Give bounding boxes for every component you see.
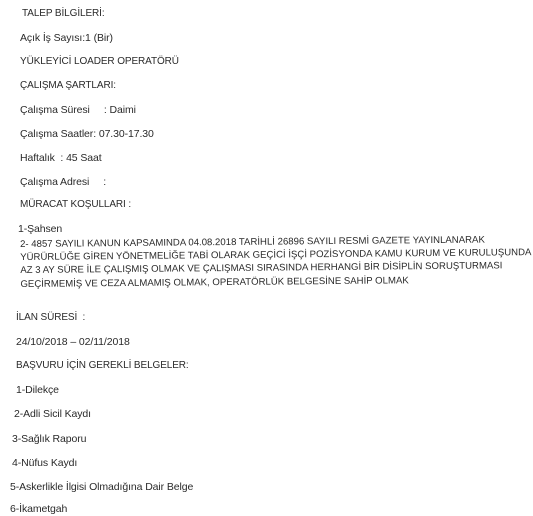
work-duration: Çalışma Süresi : Daimi [20, 104, 136, 116]
work-address: Çalışma Adresi : [20, 176, 106, 188]
document-item: 5-Askerlikle İlgisi Olmadığına Dair Belg… [10, 481, 193, 493]
document-item: 2-Adli Sicil Kaydı [14, 408, 91, 420]
document-item: 1-Dilekçe [16, 384, 59, 396]
document-item: 6-İkametgah [10, 503, 67, 515]
conditions-heading: ÇALIŞMA ŞARTLARI: [20, 80, 116, 91]
condition-1: 1-Şahsen [18, 223, 62, 235]
work-hours: Çalışma Saatler: 07.30-17.30 [20, 128, 154, 140]
document-item: 4-Nüfus Kaydı [12, 457, 77, 469]
open-positions: Açık İş Sayısı:1 (Bir) [20, 32, 113, 44]
announcement-dates: 24/10/2018 – 02/11/2018 [16, 336, 130, 348]
job-announcement-page: TALEP BİLGİLERİ: Açık İş Sayısı:1 (Bir) … [0, 0, 533, 516]
announcement-heading: İLAN SÜRESİ : [16, 312, 85, 323]
request-heading: TALEP BİLGİLERİ: [22, 8, 105, 19]
application-heading: MÜRACAT KOŞULLARI : [20, 199, 131, 210]
weekly-hours: Haftalık : 45 Saat [20, 152, 102, 164]
job-title: YÜKLEYİCİ LOADER OPERATÖRÜ [20, 56, 179, 67]
condition-2-paragraph: 2- 4857 SAYILI KANUN KAPSAMINDA 04.08.20… [20, 233, 533, 291]
documents-heading: BAŞVURU İÇİN GEREKLİ BELGELER: [16, 360, 189, 371]
document-item: 3-Sağlık Raporu [12, 433, 86, 445]
